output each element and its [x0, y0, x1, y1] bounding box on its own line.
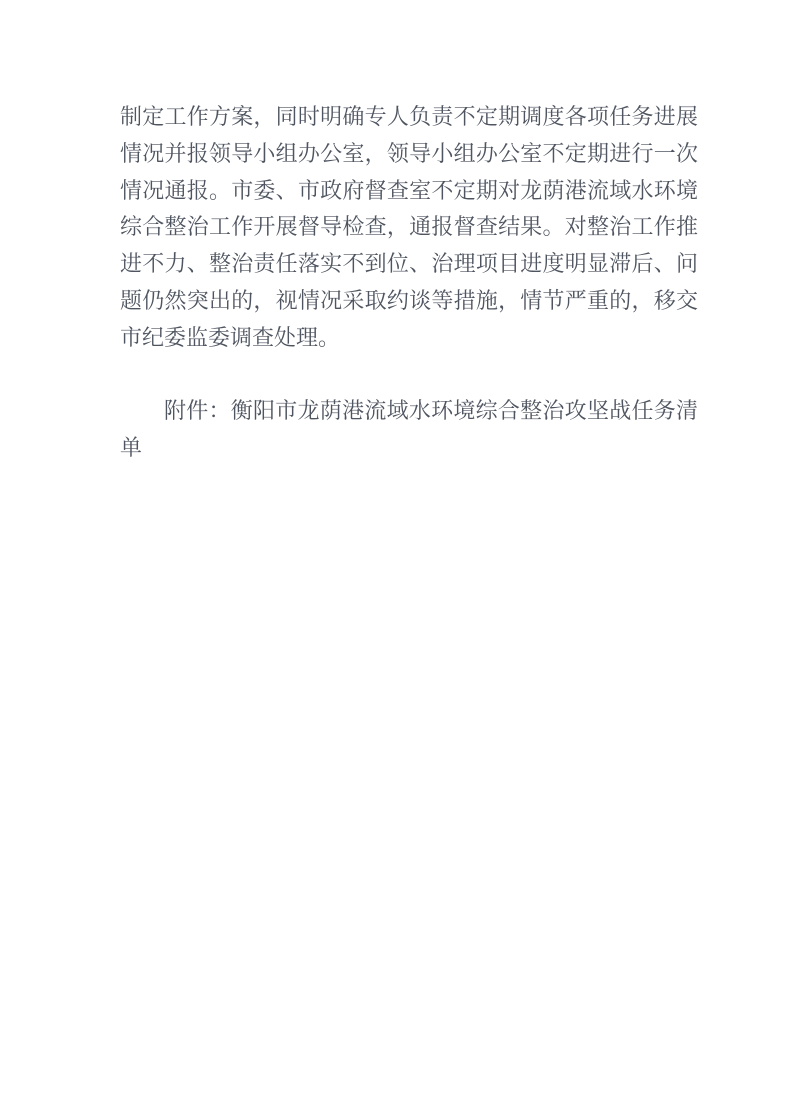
body-line-6: 题仍然突出的，视情况采取约谈等措施，情节严重的，移交 — [120, 283, 698, 320]
document-text-block: 制定工作方案，同时明确专人负责不定期调度各项任务进展 情况并报领导小组办公室，领… — [120, 99, 698, 467]
body-line-2: 情况并报领导小组办公室，领导小组办公室不定期进行一次 — [120, 136, 698, 173]
body-line-5: 进不力、整治责任落实不到位、治理项目进度明显滞后、问 — [120, 246, 698, 283]
body-line-1: 制定工作方案，同时明确专人负责不定期调度各项任务进展 — [120, 99, 698, 136]
attachment-reference: 附件：衡阳市龙荫港流域水环境综合整治攻坚战任务清 单 — [120, 393, 698, 467]
attachment-line-2: 单 — [120, 430, 698, 467]
attachment-line-1: 附件：衡阳市龙荫港流域水环境综合整治攻坚战任务清 — [120, 393, 698, 430]
body-line-7: 市纪委监委调查处理。 — [120, 320, 698, 357]
body-line-3: 情况通报。市委、市政府督查室不定期对龙荫港流域水环境 — [120, 173, 698, 210]
body-line-4: 综合整治工作开展督导检查，通报督查结果。对整治工作推 — [120, 209, 698, 246]
document-page: 制定工作方案，同时明确专人负责不定期调度各项任务进展 情况并报领导小组办公室，领… — [0, 0, 793, 1116]
